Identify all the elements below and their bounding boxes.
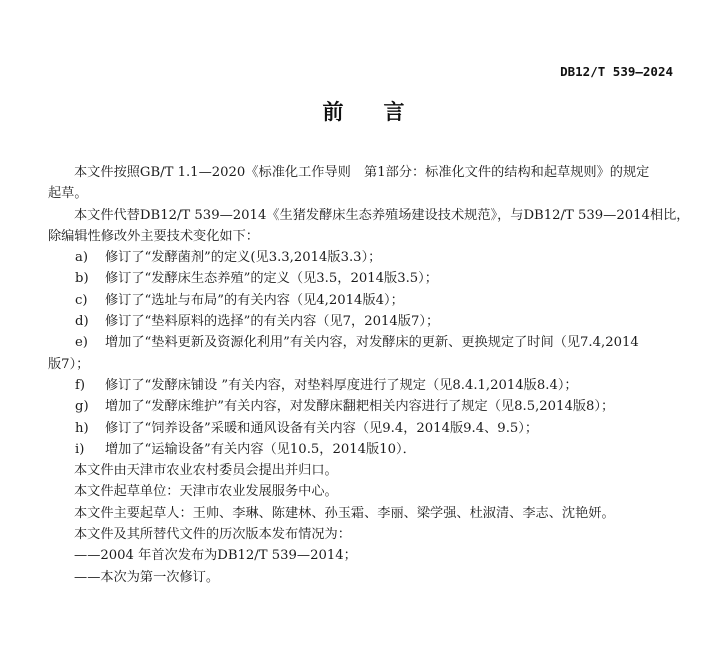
page-title: 前言 bbox=[0, 96, 727, 126]
document-code: DB12/T 539—2024 bbox=[560, 64, 673, 79]
replace-paragraph: 本文件代替DB12/T 539—2014《生猪发酵床生态养殖场建设技术规范》，与… bbox=[48, 205, 688, 226]
change-item-f: f)修订了“发酵床铺设 ”有关内容，对垫料厚度进行了规定（见8.4.1,2014… bbox=[48, 375, 688, 396]
item-label: d) bbox=[75, 311, 105, 332]
item-text: 增加了“发酵床维护”有关内容，对发酵床翻耙相关内容进行了规定（见8.5,2014… bbox=[105, 399, 614, 414]
foreword-body: 本文件按照GB/T 1.1—2020《标准化工作导则 第1部分：标准化文件的结构… bbox=[48, 162, 688, 588]
title-char-2: 言 bbox=[384, 96, 405, 126]
drafting-unit-paragraph: 本文件起草单位：天津市农业发展服务中心。 bbox=[48, 481, 688, 502]
item-text: 增加了“垫料更新及资源化利用”有关内容，对发酵床的更新、更换规定了时间（见7.4… bbox=[105, 335, 639, 350]
item-text: 增加了“运输设备”有关内容（见10.5，2014版10）． bbox=[105, 442, 416, 457]
item-label: e) bbox=[75, 332, 105, 353]
intro-paragraph: 本文件按照GB/T 1.1—2020《标准化工作导则 第1部分：标准化文件的结构… bbox=[48, 162, 688, 183]
replace-paragraph-cont: 除编辑性修改外主要技术变化如下： bbox=[48, 226, 688, 247]
item-text: 修订了“发酵床铺设 ”有关内容，对垫料厚度进行了规定（见8.4.1,2014版8… bbox=[105, 378, 578, 393]
item-text: 修订了“发酵床生态养殖”的定义（见3.5，2014版3.5）； bbox=[105, 271, 438, 286]
change-item-g: g)增加了“发酵床维护”有关内容，对发酵床翻耙相关内容进行了规定（见8.5,20… bbox=[48, 396, 688, 417]
history-item: ——本次为第一次修订。 bbox=[48, 567, 688, 588]
change-item-c: c)修订了“选址与布局”的有关内容（见4,2014版4）； bbox=[48, 290, 688, 311]
item-label: g) bbox=[75, 396, 105, 417]
item-label: b) bbox=[75, 268, 105, 289]
item-text: 修订了“垫料原料的选择”的有关内容（见7，2014版7）； bbox=[105, 314, 439, 329]
drafters-paragraph: 本文件主要起草人：王帅、李琳、陈建林、孙玉霜、李丽、梁学强、杜淑清、李志、沈艳妍… bbox=[48, 503, 688, 524]
change-item-e-cont: 版7）； bbox=[48, 354, 688, 375]
change-item-e: e)增加了“垫料更新及资源化利用”有关内容，对发酵床的更新、更换规定了时间（见7… bbox=[48, 332, 688, 353]
item-label: h) bbox=[75, 418, 105, 439]
item-text: 修订了“发酵菌剂”的定义(见3.3,2014版3.3）； bbox=[105, 250, 381, 265]
history-intro-paragraph: 本文件及其所替代文件的历次版本发布情况为： bbox=[48, 524, 688, 545]
item-label: a) bbox=[75, 247, 105, 268]
item-label: i) bbox=[75, 439, 105, 460]
change-item-d: d)修订了“垫料原料的选择”的有关内容（见7，2014版7）； bbox=[48, 311, 688, 332]
title-char-1: 前 bbox=[323, 96, 344, 126]
item-label: c) bbox=[75, 290, 105, 311]
proposer-paragraph: 本文件由天津市农业农村委员会提出并归口。 bbox=[48, 460, 688, 481]
history-item: ——2004 年首次发布为DB12/T 539—2014； bbox=[48, 545, 688, 566]
change-item-a: a)修订了“发酵菌剂”的定义(见3.3,2014版3.3）； bbox=[48, 247, 688, 268]
intro-paragraph-cont: 起草。 bbox=[48, 183, 688, 204]
item-label: f) bbox=[75, 375, 105, 396]
item-text: 修订了“饲养设备”采暖和通风设备有关内容（见9.4，2014版9.4、9.5）； bbox=[105, 421, 538, 436]
change-item-h: h)修订了“饲养设备”采暖和通风设备有关内容（见9.4，2014版9.4、9.5… bbox=[48, 418, 688, 439]
change-item-i: i)增加了“运输设备”有关内容（见10.5，2014版10）． bbox=[48, 439, 688, 460]
item-text: 修订了“选址与布局”的有关内容（见4,2014版4）； bbox=[105, 293, 404, 308]
change-item-b: b)修订了“发酵床生态养殖”的定义（见3.5，2014版3.5）； bbox=[48, 268, 688, 289]
